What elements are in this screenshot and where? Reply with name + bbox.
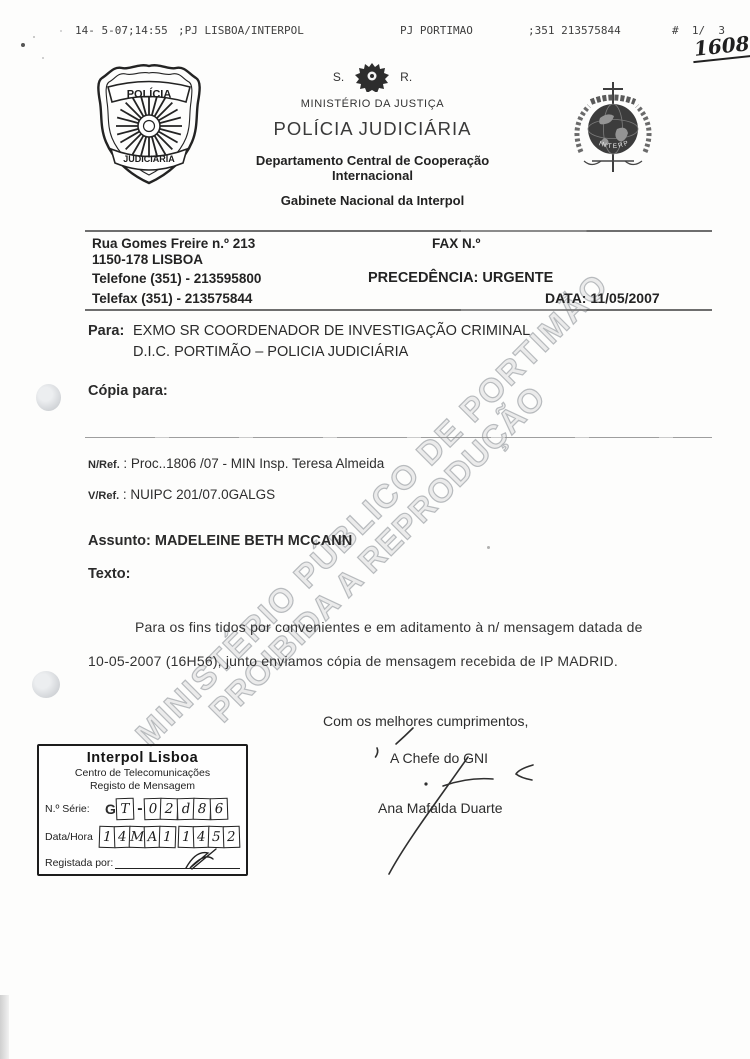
subject-line: Assunto: MADELEINE BETH MCCANN [88,533,352,549]
watermark-line2: PROIBIDA A REPRODUÇÃO [202,388,544,730]
ministry-title: MINISTÉRIO DA JUSTIÇA [215,98,530,110]
scan-speck [60,30,62,32]
subject-value: MADELEINE BETH MCCANN [155,533,352,549]
divider-contact-bottom [85,309,712,311]
hole-punch-mark [32,671,60,698]
fax-header-sender: ;PJ LISBOA/INTERPOL [178,24,304,37]
divider-top [85,230,712,232]
scan-speck [21,43,25,47]
scan-speck [487,546,490,549]
our-ref-value: : Proc..1806 /07 - MIN Insp. Teresa Alme… [123,456,384,471]
stamp-datetime-digit: 1 [159,826,176,849]
letterhead: S. R. MINISTÉRIO DA JUSTIÇA POLÍCIA JUDI… [215,62,530,208]
stamp-serial-digit: 6 [209,798,228,821]
hole-punch-mark [36,384,61,411]
badge-bottom-banner-label: JUDICIÁRIA [123,154,175,164]
body-line1: Para os fins tidos por convenientes e em… [135,619,643,635]
body-line2: 10-05-2007 (16H56), junto enviamos cópia… [88,653,618,669]
stamp-serial-row: N.º Série: G T - 0 2 d 8 6 [45,798,240,820]
address-line1: Rua Gomes Freire n.º 213 [92,236,255,251]
your-ref: V/Ref. : NUIPC 201/07.0GALGS [88,487,275,502]
policia-judiciaria-badge-icon: POLÍCIA JUDICIÁRIA [92,61,206,188]
scan-speck [42,57,44,59]
stamp-title: Interpol Lisboa [45,750,240,766]
stamp-registered-row: Registada por: [45,856,240,869]
department-title: Departamento Central de Cooperação Inter… [215,153,530,183]
sr-right-label: R. [400,70,412,84]
scan-edge-shadow [0,995,9,1059]
stamp-line3: Registo de Mensagem [45,780,240,792]
national-crest-icon [354,62,390,92]
office-title: Gabinete Nacional da Interpol [215,193,530,208]
sr-left-label: S. [333,70,344,84]
fax-no-label: FAX N.º [432,236,480,251]
subject-label: Assunto: [88,533,151,549]
your-ref-label: V/Ref. [88,490,119,502]
stamp-registered-line [115,856,240,869]
scan-speck [33,36,35,38]
to-line2: D.I.C. PORTIMÃO – POLICIA JUDICIÁRIA [133,344,408,360]
fax-document-page: MINISTÉRIO PÚBLICO DE PORTIMÃO PROIBIDA … [0,0,750,1059]
watermark-line1: MINISTÉRIO PÚBLICO DE PORTIMÃO [128,294,588,754]
stamp-serial-label: N.º Série: [45,803,101,815]
stamp-line2: Centro de Telecomunicações [45,767,240,779]
interpol-emblem-icon: INTERPOL [563,80,663,180]
to-label: Para: [88,323,124,339]
our-ref: N/Ref. : Proc..1806 /07 - MIN Insp. Tere… [88,456,384,471]
stamp-registered-label: Registada por: [45,857,113,869]
your-ref-value: : NUIPC 201/07.0GALGS [123,487,275,502]
address-line2: 1150-178 LISBOA [92,252,203,267]
badge-top-banner-label: POLÍCIA [127,88,172,101]
fax-header-recipient: PJ PORTIMAO [400,24,473,37]
our-ref-label: N/Ref. [88,459,120,471]
stamp-serial-prefix: G [105,801,116,817]
text-label: Texto: [88,566,130,582]
to-line1: EXMO SR COORDENADOR DE INVESTIGAÇÃO CRIM… [133,323,530,339]
fax-header-number: ;351 213575844 [528,24,621,37]
cc-label: Cópia para: [88,383,168,399]
handwritten-page-number: 1608 [691,31,750,63]
stamp-datetime-digit: 2 [223,826,240,849]
fax-line: Telefax (351) - 213575844 [92,291,252,306]
stamp-signature-scribble [182,846,222,872]
sr-row: S. R. [215,62,530,92]
stamp-serial-box: T [116,798,135,821]
organization-title: POLÍCIA JUDICIÁRIA [215,118,530,140]
interpol-registration-stamp: Interpol Lisboa Centro de Telecomunicaçõ… [37,744,248,876]
stamp-serial-dash: - [137,800,142,818]
fax-header-datetime: 14- 5-07;14:55 [75,24,168,37]
precedence-field: PRECEDÊNCIA: URGENTE [368,270,553,286]
phone-line: Telefone (351) - 213595800 [92,271,261,286]
date-field: DATA: 11/05/2007 [545,290,660,306]
signature-strokes [340,690,570,890]
divider-refs [85,437,712,438]
stamp-datetime-label: Data/Hora [45,831,101,843]
stamp-datetime-row: Data/Hora 1 4 M A 1 1 4 5 2 [45,826,240,848]
